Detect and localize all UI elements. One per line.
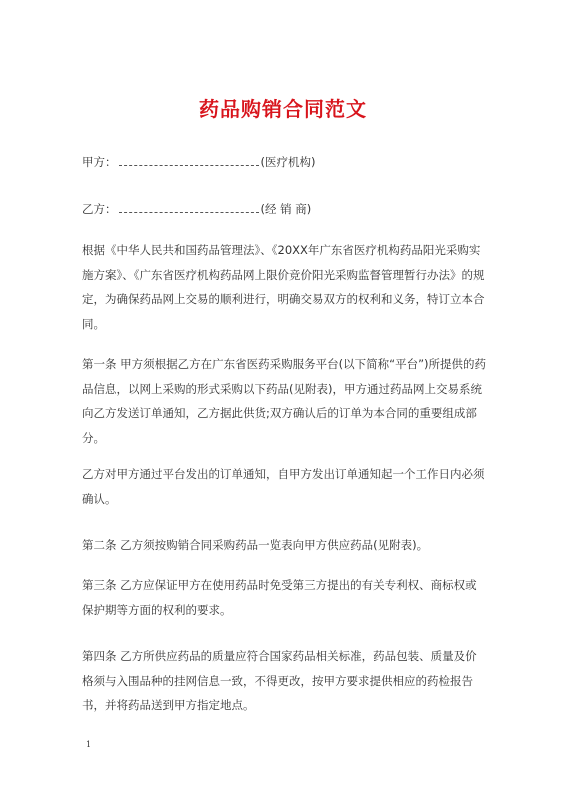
party-a-suffix: (医疗机构)	[261, 155, 316, 169]
party-a-line: 甲方：(医疗机构)	[82, 154, 315, 170]
party-b-blank	[119, 202, 259, 213]
party-a-label: 甲方：	[82, 155, 117, 169]
party-b-suffix: (经 销 商)	[261, 202, 312, 216]
article-3-paragraph: 第三条 乙方应保证甲方在使用药品时免受第三方提出的有关专利权、商标权或保护期等方…	[82, 573, 487, 622]
party-a-blank	[119, 155, 259, 166]
article-1-confirm-paragraph: 乙方对甲方通过平台发出的订单通知，自甲方发出订单通知起一个工作日内必须确认。	[82, 462, 487, 511]
document-title: 药品购销合同范文	[0, 93, 566, 122]
article-2-paragraph: 第二条 乙方须按购销合同采购药品一览表向甲方供应药品(见附表)。	[82, 533, 487, 558]
document-page: 药品购销合同范文 甲方：(医疗机构) 乙方：(经 销 商) 根据《中华人民共和国…	[0, 0, 566, 800]
page-number: 1	[86, 740, 91, 749]
preamble-paragraph: 根据《中华人民共和国药品管理法》、《20XX年广东省医疗机构药品阳光采购实施方案…	[82, 238, 487, 336]
party-b-label: 乙方：	[82, 202, 117, 216]
article-4-paragraph: 第四条 乙方所供应药品的质量应符合国家药品相关标准，药品包装、质量及价格须与入围…	[82, 644, 487, 718]
article-1-paragraph: 第一条 甲方须根据乙方在广东省医药采购服务平台(以下简称“平台”)所提供的药品信…	[82, 352, 487, 450]
party-b-line: 乙方：(经 销 商)	[82, 201, 311, 217]
